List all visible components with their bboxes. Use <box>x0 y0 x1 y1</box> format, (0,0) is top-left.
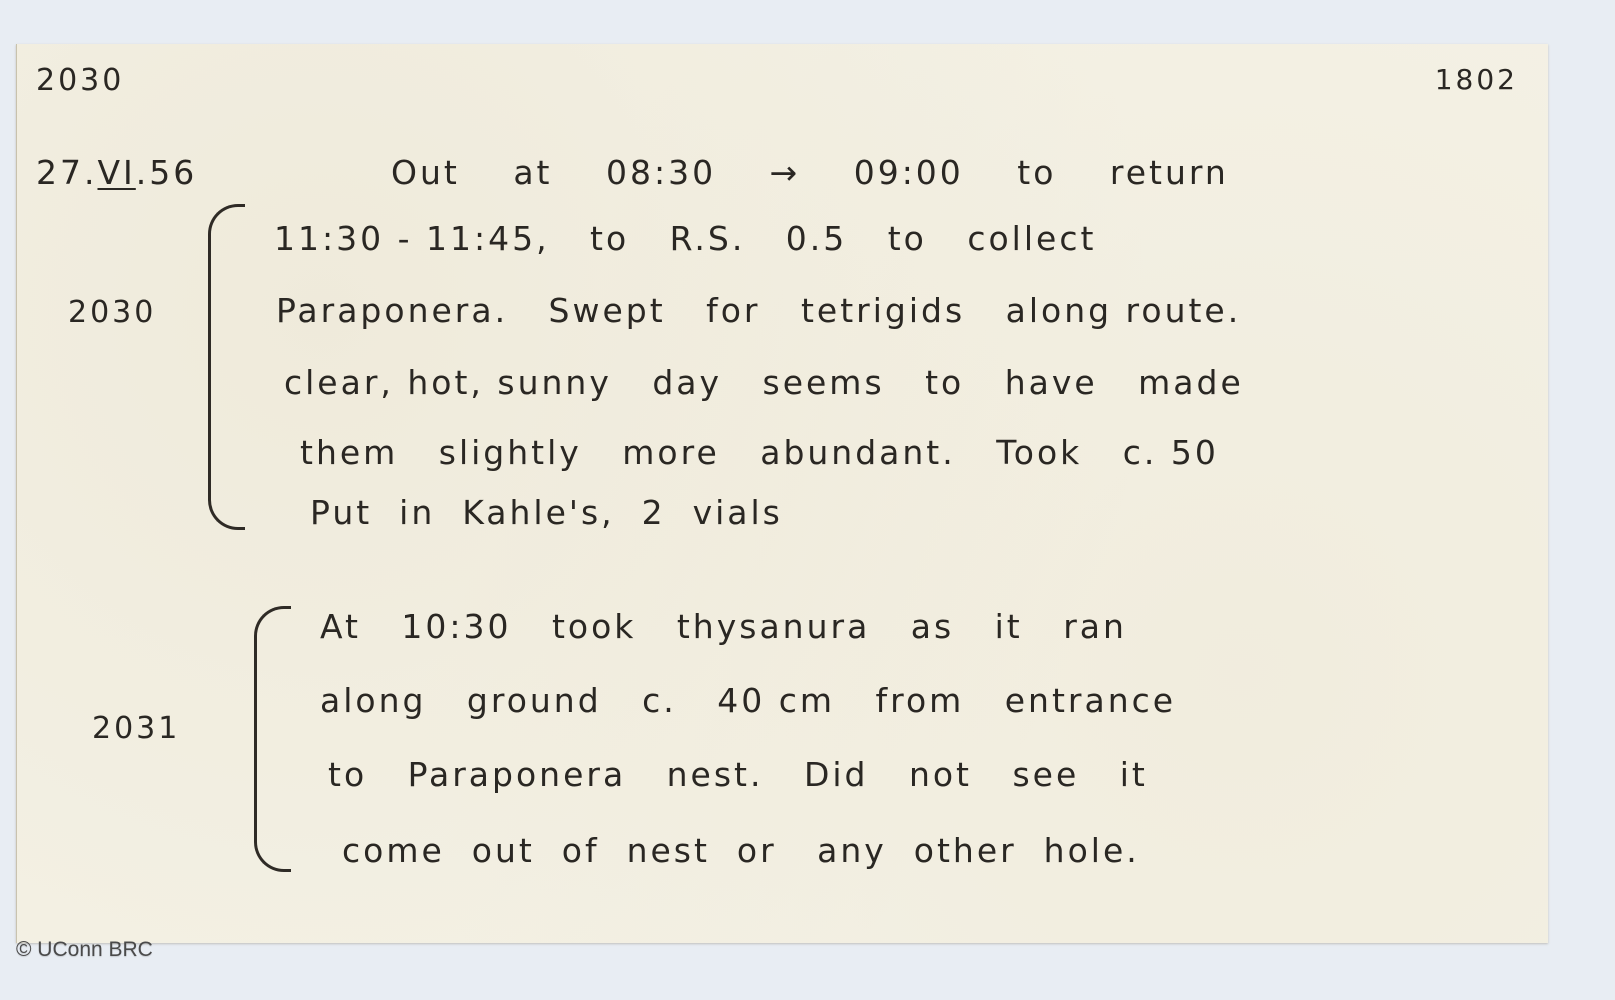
entry-1-line-1: 11:30 - 11:45, to R.S. 0.5 to collect <box>274 222 1096 255</box>
date-month-roman: VI <box>97 153 135 192</box>
curly-brace-entry-2 <box>254 606 291 872</box>
field-note-card: 2030 1802 27.VI.56 Out at 08:30 → 09:00 … <box>16 44 1548 943</box>
entry-1-line-4: them slightly more abundant. Took c. 50 <box>300 436 1219 469</box>
curly-brace-entry-1 <box>208 204 245 530</box>
entry-1-line-3: clear, hot, sunny day seems to have made <box>284 366 1244 399</box>
specimen-number-2030: 2030 <box>68 298 156 328</box>
entry-2-line-1: At 10:30 took thysanura as it ran <box>320 610 1127 643</box>
card-number-top-left: 2030 <box>36 66 124 96</box>
specimen-number-2031: 2031 <box>92 714 180 744</box>
date-day: 27. <box>36 153 97 192</box>
date-year: .56 <box>136 153 197 192</box>
entry-2-line-2: along ground c. 40 cm from entrance <box>320 684 1176 717</box>
entry-2-line-3: to Paraponera nest. Did not see it <box>328 758 1148 791</box>
entry-1-line-2: Paraponera. Swept for tetrigids along ro… <box>276 294 1241 327</box>
entry-1-line-5: Put in Kahle's, 2 vials <box>310 496 783 529</box>
card-number-top-right: 1802 <box>1435 66 1518 94</box>
copyright-credit: © UConn BRC <box>16 938 153 962</box>
entry-2-line-4: come out of nest or any other hole. <box>342 834 1140 867</box>
first-line: Out at 08:30 → 09:00 to return <box>391 156 1229 189</box>
date: 27.VI.56 <box>36 156 197 189</box>
